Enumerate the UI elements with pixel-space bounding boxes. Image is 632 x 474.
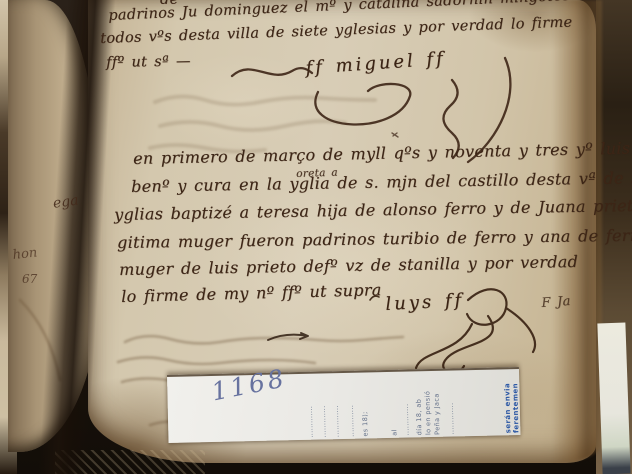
slip-dotted-leader: ············· [320,377,329,437]
slip-printed-fragment: al [389,376,398,436]
margin-fragment: hon [12,245,38,262]
slip-printed-fragment: lo en pensió [423,375,432,435]
slip-dotted-leader: ············· [307,378,316,438]
slip-printed-fragment: Peña y Jaca [432,375,441,435]
table-sliver [597,323,630,474]
margin-fragment: 67 [22,272,37,286]
slip-printed-blue-fragment: ferentemen [511,373,520,433]
slip-dotted-leader: ············· [348,377,357,437]
floor-speckle [55,450,205,474]
entry-interline-note: oreta a [296,168,338,180]
top-note-line: ffº ut sª — [106,55,191,71]
entry-right-fragment: F Ja [541,295,571,310]
slip-dotted-leader: ············· [333,377,342,437]
slip-printed-fragment: es 18); [360,376,369,436]
slip-dotted-leader: ············· [448,374,457,434]
slip-printed-fragment: día 18, ab [414,375,423,435]
signature-2-name: luys ff [385,292,465,314]
photo-frame: de padrinos Ju dominguez el mº y catalin… [0,0,632,474]
reference-slip: 1168 ············· ············· ·······… [167,367,520,443]
facing-page [8,0,100,452]
slip-dotted-leader: ············· [403,375,412,435]
